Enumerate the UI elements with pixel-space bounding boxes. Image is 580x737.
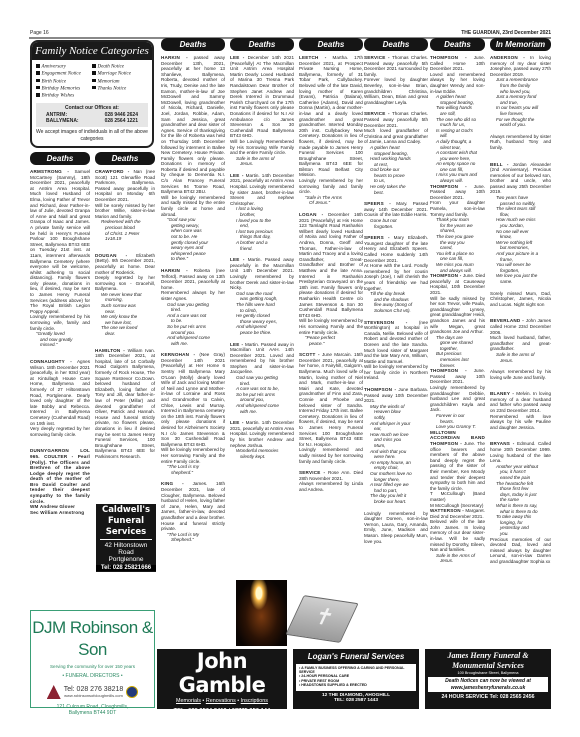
deaths-banner: Deaths: [95, 152, 155, 165]
ad-title: Logan's Funeral Services: [293, 649, 419, 661]
notice-text: Agnes Wilson. 18th December 2021 (peacef…: [30, 359, 90, 426]
column-5: Deaths LEETCH - Martha. 17th December 20…: [299, 38, 363, 493]
deaths-banner: Deaths: [30, 152, 90, 165]
notice-text: December 14th 2021 (Peacefully) At The M…: [230, 55, 294, 138]
notice-name: LEE -: [230, 173, 244, 178]
notice-name: ANDERSON -: [490, 55, 525, 60]
column-4: Deaths LEE - December 14th 2021 (Peacefu…: [230, 38, 294, 459]
ad-services: Memorials • Renovations • Inscriptions: [157, 698, 287, 704]
john-gamble-memorials-ad: John Gamble Memorials • Renovations • In…: [157, 649, 287, 709]
notice-text: Lovingly remembered by her sorrowing fam…: [299, 178, 363, 195]
office-row: BALLYMENA:028 2564 1221: [36, 118, 148, 125]
ad-service: • FUNERAL DIRECTORS •: [31, 673, 154, 679]
ad-phone-row: Tel: 028 276 38218 www.robinsonsofclough…: [31, 685, 154, 699]
notice-text: Will be lovingly remembered by His sorro…: [299, 318, 363, 335]
notice-text: Deeply regretted by her sorrowing son - …: [95, 275, 155, 292]
categories-list: Anniversary Death Notice Engagement Noti…: [32, 60, 152, 100]
ad-title: Services: [96, 526, 156, 537]
category-item: Anniversary: [36, 64, 92, 71]
notice-text: Very deeply regretted by her sorrowing f…: [30, 426, 90, 437]
notice-text: Always remembered by Linda and Andrea.: [299, 481, 363, 492]
notice-name: LEE -: [230, 55, 245, 60]
notice-name: KERNOHAN -: [161, 352, 195, 357]
ad-address: 8 Rathmore Heights, Ballymena: [157, 717, 287, 723]
ad-address: Ballymena BT44 9DT: [31, 710, 154, 716]
service-item: • HEADSTONES SUPPLIED & ERECTED: [299, 683, 413, 687]
notice-name: ARMSTRONG -: [30, 169, 69, 174]
notice-name: LEE -: [230, 342, 243, 347]
category-item: Marriage Notice: [92, 71, 148, 78]
caldwells-funeral-ad: Caldwell's Funeral Services 42 Hiltonsto…: [96, 504, 156, 572]
james-henry-funeral-ad: James Henry Funeral & Monumental Service…: [425, 649, 551, 709]
ad-website: www.jameshenryfunerals.co.uk: [428, 685, 548, 692]
notice-text: Will be Lovingly Remembered by His Sorro…: [230, 139, 294, 156]
ad-tagline: Serving the community for over 150 years: [31, 664, 154, 669]
notice-text: Lovingly remembered by his sorrowing wif…: [30, 314, 90, 331]
ad-phone: TEL: 028 2564 3419 / 07775 950 144: [157, 708, 287, 714]
notice-name: CRAWFORD -: [95, 169, 130, 174]
service-item: Inscriptions: [241, 698, 268, 704]
category-item: Engagement Notice: [36, 71, 92, 78]
notice-name: BEVERLAND -: [490, 318, 524, 323]
notice-text: passed away December 13th, 2021, peacefu…: [161, 55, 225, 194]
notice-text: December 16th 2021 (Peacefully) at His H…: [299, 212, 363, 318]
ad-phone: Tel: 028 276 38218: [64, 686, 124, 693]
notice-text: At Home with the Lord. Fondly remembered…: [364, 263, 428, 291]
ad-phone: TEL: 028 2587 1443: [293, 698, 419, 703]
notice-text: William Ivan. 18th December 2021, at hos…: [95, 348, 155, 459]
notice-name: THOMPSON -: [430, 55, 467, 60]
notice-name: LEE -: [230, 420, 244, 425]
notice-text: Always remembered by his loving wife Jun…: [490, 369, 551, 380]
notice-name: BLANEY -: [490, 391, 514, 396]
notice-text: Precious memories of our devoted Dad, lo…: [490, 537, 551, 565]
notice-name: LEETCH -: [299, 55, 327, 60]
notice-name: HARKIN -: [161, 55, 188, 60]
ad-address: 100 Broughshane Street, Ballymena: [425, 671, 551, 675]
notice-name: DOUGAN -: [95, 253, 127, 258]
verse-line: A constant wish that: [430, 150, 485, 156]
verse-line: silently kept.: [230, 454, 294, 460]
notice-name: SERVICE -: [364, 111, 390, 116]
service-item: Renovations: [206, 698, 236, 704]
notice-name: LEE -: [230, 257, 245, 262]
notice-name: HAMILTON -: [95, 348, 125, 353]
categories-title: Family Notice Categories: [32, 42, 152, 60]
verse-line: Shepherd.": [161, 537, 225, 543]
notice-text: Will be lovingly remembered and sadly mi…: [161, 195, 225, 217]
notice-name: LOGAN -: [299, 212, 323, 217]
notice-name: KING -: [161, 481, 184, 486]
notice-name: THOMPSON -: [430, 368, 467, 373]
notice-text: Will be lovingly remembered by Her sorro…: [161, 447, 225, 464]
notice-text: Loved and remembered always by her lovin…: [430, 72, 485, 94]
notice-name: THOMPSON -: [364, 387, 396, 392]
notice-text: Beloved wife of the late John James. In …: [430, 519, 485, 553]
notice-name: SPEERS -: [364, 235, 390, 240]
service-item: • A FAMILY BUSINESS OFFERING A CARING AN…: [299, 666, 413, 674]
ad-title: John Gamble: [157, 649, 287, 697]
notice-text: The Officers and Brethren of the above L…: [30, 460, 90, 504]
ad-phone: Tel: 028 25821666: [96, 565, 156, 571]
notice-text: Will be lovingly remembered by her famil…: [364, 364, 428, 381]
notice-text: June Marcain. 15th December 2021, peacef…: [299, 352, 363, 447]
djm-robinson-ad: DJM Robinson & Son Serving the community…: [30, 610, 155, 708]
notice-text: Remembered always by her sister Agnes.: [161, 290, 225, 301]
signature: T McCullough (Band master): [430, 491, 485, 502]
notice-text: Much loved husband, father, grandfather …: [490, 335, 551, 352]
column-2: Deaths CRAWFORD - Nan (nee Scott) 121 Gl…: [95, 152, 155, 460]
deaths-banner: Deaths: [161, 38, 225, 51]
association-badge-icon: [126, 686, 138, 698]
notice-text: Lovingly remembered by brother Derek and…: [230, 274, 294, 290]
notice-name: SERVICE -: [364, 55, 390, 60]
notice-text: Nan (nee Scott) 121 Glenarfile Road Park…: [95, 169, 155, 202]
in-memoriam-banner: In Memoriam: [490, 38, 551, 51]
family-notice-categories-box: Family Notice Categories Anniversary Dea…: [30, 40, 154, 148]
notice-text: Lovingly remembered by daughter Doreen, …: [364, 511, 428, 545]
signature: Sec William Armstrong: [30, 510, 90, 516]
verse-line: Jesus.: [430, 558, 485, 564]
notice-text: (nee Worthington) at hospital in Canada,…: [364, 320, 428, 364]
ad-website: www.robinsonsofcloughmills.com: [64, 693, 124, 698]
notice-name: WATTERSON -: [430, 508, 464, 513]
notice-text: Lovingly remembered by granddaughter Deb…: [430, 385, 485, 413]
office-phone: 028 2564 1221: [105, 118, 138, 125]
notice-name: HARKIN -: [161, 268, 188, 273]
notice-name: STEVENSON -: [364, 320, 407, 325]
ad-title: Funeral: [96, 515, 156, 526]
ad-notice: Death Notices can now be viewed at: [428, 678, 548, 685]
column-3: Deaths HARKIN - passed away December 13t…: [161, 38, 225, 543]
ad-title: Caldwell's: [96, 504, 156, 515]
ad-phone: 24 HOUR SERVICE Tel: 028 2565 2456: [425, 694, 551, 700]
candle-image: [236, 580, 287, 646]
category-item: Thanks Notice: [92, 86, 148, 93]
notice-name: SPEERS -: [364, 201, 391, 206]
service-item: Memorials: [176, 698, 201, 704]
ad-services-list: • A FAMILY BUSINESS OFFERING A CARING AN…: [296, 664, 416, 691]
notice-text: Samuel McCartney (Sammy), 18th December …: [30, 169, 90, 314]
notice-text: Lovingly remembered and sadly missed by …: [299, 447, 363, 464]
ad-title: Monumental Services: [425, 661, 551, 671]
deaths-banner: Deaths: [299, 38, 363, 51]
ad-notice-box: Death Notices can now be viewed at www.j…: [428, 677, 548, 692]
notice-name: SCOTT -: [299, 352, 320, 357]
ad-address: 42 Hiltonstown: [96, 542, 156, 549]
notice-text: Always remembered by sister Ruth, husban…: [490, 134, 551, 151]
notice-name: BELL -: [490, 162, 509, 167]
publication-title: THE GUARDIAN, 23rd December 2021: [461, 30, 551, 36]
notice-name: CONNAUGHTY -: [30, 359, 72, 364]
notice-text: Sorely missed Mum, Dad, Christopher, Jam…: [490, 291, 551, 308]
notice-text: Martha. 17th December 2021, at Prospect …: [299, 55, 363, 177]
notice-text: (Nee Gray) December 14th 2021 (Peacefull…: [161, 352, 225, 447]
notice-text: Much loved grandfather of Christina and …: [364, 128, 428, 145]
notice-text: James. 16th December 2021, late of Cloug…: [161, 481, 225, 531]
ad-title: James Henry Funeral &: [425, 649, 551, 661]
bible-image: [285, 595, 358, 643]
deaths-banner: Deaths: [430, 38, 485, 51]
category-item: Birthday Wishes: [36, 93, 92, 100]
notice-text: Will be sadly missed by her son Trevor, …: [430, 296, 485, 335]
images-note: We accept images of individuals in all o…: [32, 127, 152, 144]
ad-address: Road: [96, 549, 156, 556]
column-8-in-memoriam: In Memoriam ANDERSON - In loving memory …: [490, 38, 551, 565]
notice-text: Forever loved by daughter Beverley, son-…: [364, 77, 428, 105]
notice-text: June. The office bearers and members of …: [430, 441, 485, 491]
page-number: Page 16: [30, 30, 49, 36]
notice-name: THOMPSON -: [430, 184, 467, 189]
category-item: Birth Notice: [36, 79, 92, 86]
ad-title: DJM Robinson & Son: [31, 617, 154, 661]
column-7: Deaths THOMPSON - June. Called Home 10th…: [430, 38, 485, 564]
office-name: BALLYMENA:: [46, 118, 79, 125]
notice-text: Jordan Alexander (2nd Anniversary). Prec…: [490, 162, 551, 195]
notice-text: From your daughter Pamela, son-in-law To…: [430, 200, 485, 217]
logans-funeral-ad: Logan's Funeral Services • A FAMILY BUSI…: [293, 649, 419, 709]
ad-address: Portglenone: [96, 556, 156, 563]
notice-name: SERVICE -: [299, 470, 325, 475]
notice-name: THOMPSON -: [430, 273, 461, 278]
category-item: Birthday Memories: [36, 86, 92, 93]
category-item: Memoriam: [92, 79, 148, 86]
category-item: Death Notice: [92, 64, 148, 71]
column-1: Deaths ARMSTRONG - Samuel McCartney (Sam…: [30, 152, 90, 515]
deaths-banner: Deaths: [230, 38, 294, 51]
column-6: Deaths SERVICE - Thomas Charles. Passed …: [364, 38, 428, 544]
notice-text: Will be sorely missed by her brother Wil…: [95, 203, 155, 220]
deaths-banner: Deaths: [364, 38, 428, 51]
logo-triangle-icon: [47, 685, 61, 699]
notice-name: BRYANS -: [490, 441, 514, 446]
notice-text: Remembered with love always by his wife …: [490, 414, 551, 431]
contact-offices: Contact our Offices at: ANTRIM:028 9446 …: [36, 103, 148, 127]
